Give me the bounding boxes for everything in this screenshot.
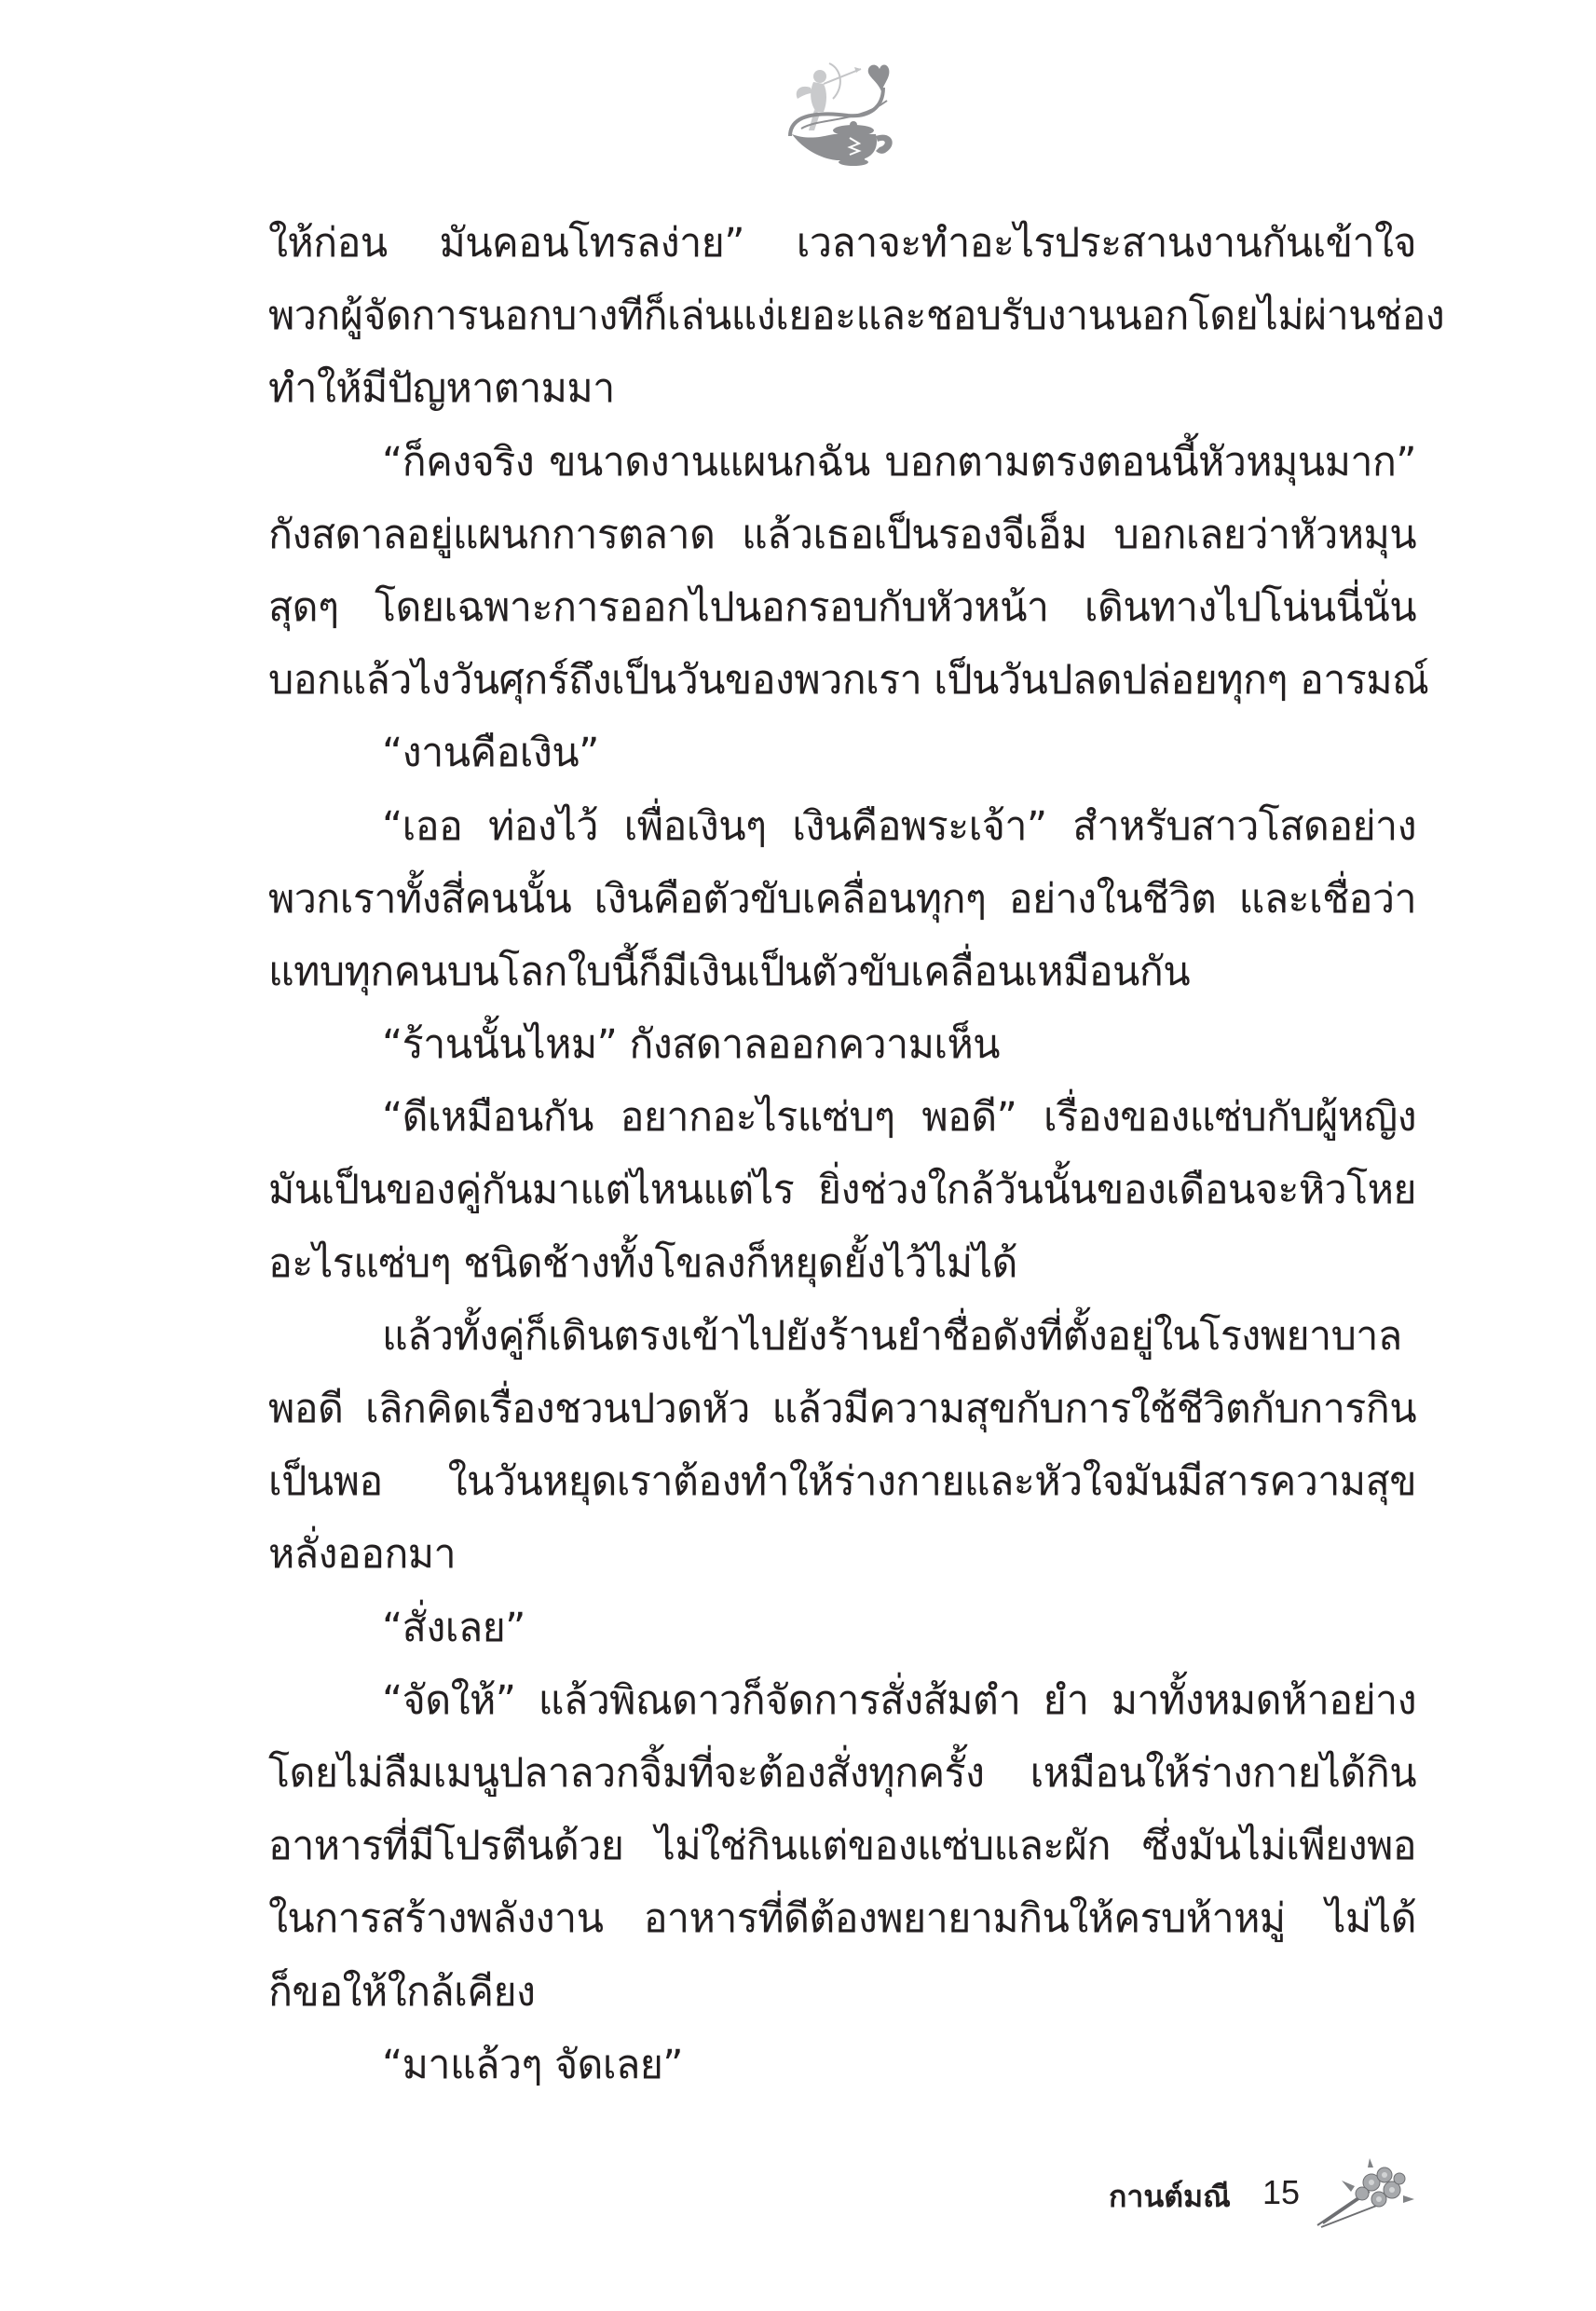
text-line: แทบทุกคนบนโลกใบนี้ก็มีเงินเป็นตัวขับเคลื… bbox=[268, 936, 1416, 1008]
text-line: ทำให้มีปัญหาตามมา bbox=[268, 352, 1416, 425]
page-number: 15 bbox=[1262, 2173, 1300, 2212]
text-line: “สั่งเลย” bbox=[268, 1592, 1416, 1664]
text-line: “เออ ท่องไว้ เพื่อเงินๆ เงินคือพระเจ้า” … bbox=[268, 790, 1416, 863]
text-line: ก็ขอให้ใกล้เคียง bbox=[268, 1956, 1416, 2029]
text-line: มันเป็นของคู่กันมาแต่ไหนแต่ไร ยิ่งช่วงใก… bbox=[268, 1154, 1416, 1226]
text-line: โดยไม่ลืมเมนูปลาลวกจิ้มที่จะต้องสั่งทุกค… bbox=[268, 1737, 1416, 1810]
flower-bouquet-icon bbox=[1314, 2158, 1416, 2233]
text-line: กังสดาลอยู่แผนกการตลาด แล้วเธอเป็นรองจีเ… bbox=[268, 499, 1416, 571]
text-line: หลั่งออกมา bbox=[268, 1518, 1416, 1591]
book-title: กานต์มณี bbox=[1109, 2173, 1231, 2221]
text-line: เป็นพอ ในวันหยุดเราต้องทำให้ร่างกายและหั… bbox=[268, 1445, 1416, 1518]
text-line: ในการสร้างพลังงาน อาหารที่ดีต้องพยายามกิ… bbox=[268, 1882, 1416, 1955]
text-line: แล้วทั้งคู่ก็เดินตรงเข้าไปยังร้านยำชื่อด… bbox=[268, 1300, 1416, 1373]
page-footer: กานต์มณี 15 bbox=[1090, 2169, 1444, 2244]
text-line: “มาแล้วๆ จัดเลย” bbox=[268, 2029, 1416, 2101]
text-line: “ร้านนั้นไหม” กังสดาลออกความเห็น bbox=[268, 1008, 1416, 1081]
text-line: พวกผู้จัดการนอกบางทีก็เล่นแง่เยอะและชอบร… bbox=[268, 280, 1416, 352]
text-line: “ดีเหมือนกัน อยากอะไรแซ่บๆ พอดี” เรื่องข… bbox=[268, 1081, 1416, 1154]
text-line: บอกแล้วไงวันศุกร์ถึงเป็นวันของพวกเรา เป็… bbox=[268, 644, 1416, 717]
page-text: ให้ก่อน มันคอนโทรลง่าย” เวลาจะทำอะไรประส… bbox=[268, 207, 1416, 2101]
text-line: พวกเราทั้งสี่คนนั้น เงินคือตัวขับเคลื่อน… bbox=[268, 863, 1416, 936]
text-line: “จัดให้” แล้วพิณดาวก็จัดการสั่งส้มตำ ยำ … bbox=[268, 1664, 1416, 1737]
text-line: “ก็คงจริง ขนาดงานแผนกฉัน บอกตามตรงตอนนี้… bbox=[268, 426, 1416, 499]
text-line: ให้ก่อน มันคอนโทรลง่าย” เวลาจะทำอะไรประส… bbox=[268, 207, 1416, 280]
text-line: สุดๆ โดยเฉพาะการออกไปนอกรอบกับหัวหน้า เด… bbox=[268, 571, 1416, 644]
text-line: อาหารที่มีโปรตีนด้วย ไม่ใช่กินแต่ของแซ่บ… bbox=[268, 1810, 1416, 1882]
cupid-lamp-icon bbox=[783, 56, 904, 168]
text-line: “งานคือเงิน” bbox=[268, 717, 1416, 789]
text-line: พอดี เลิกคิดเรื่องชวนปวดหัว แล้วมีความสุ… bbox=[268, 1373, 1416, 1445]
text-line: อะไรแซ่บๆ ชนิดช้างทั้งโขลงก็หยุดยั้งไว้ไ… bbox=[268, 1227, 1416, 1300]
